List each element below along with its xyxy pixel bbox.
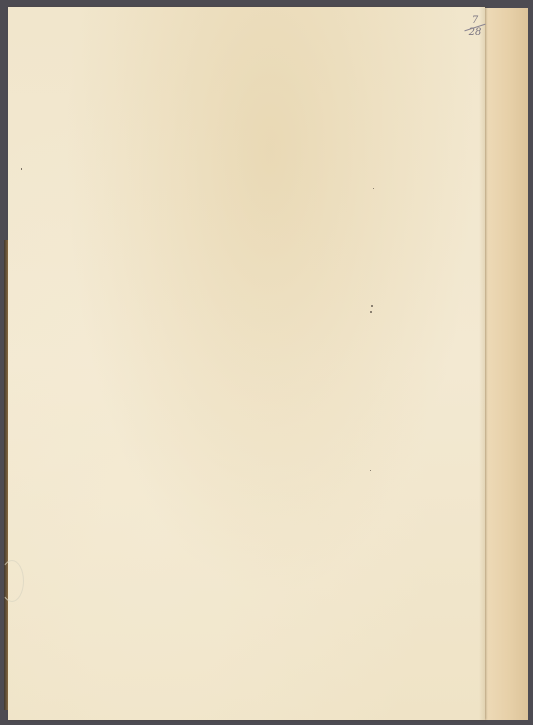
speck: [371, 305, 373, 307]
speck: [21, 168, 22, 170]
paper-page: [8, 7, 485, 720]
speck: [370, 470, 371, 471]
annotation-line1: 7: [472, 15, 478, 26]
pencil-annotation: 7 28: [455, 16, 495, 46]
speck: [370, 311, 372, 313]
binding-thread: [0, 560, 24, 602]
speck: [373, 188, 374, 189]
